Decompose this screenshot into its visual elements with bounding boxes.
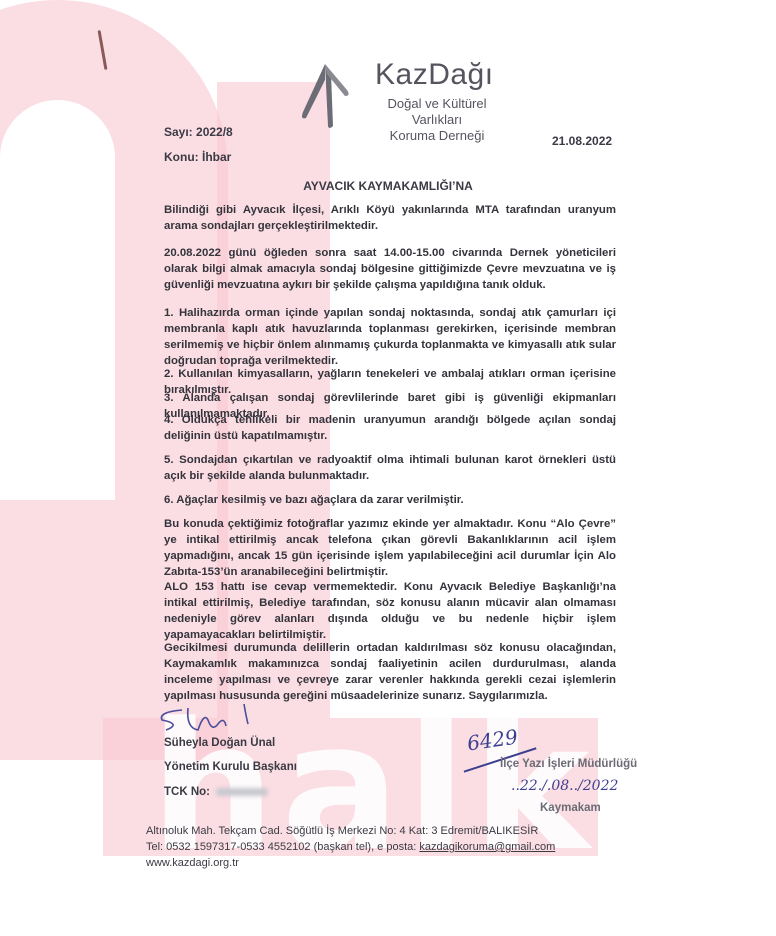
kazdagi-logo-icon <box>295 60 355 130</box>
stamp-authority: Kaymakam <box>540 802 601 814</box>
signatory-name: Süheyla Doğan Ünal <box>164 737 275 749</box>
redacted-id <box>216 788 268 796</box>
subtitle-line-1: Doğal ve Kültürel Varlıkları <box>362 96 512 128</box>
recipient-heading: AYVACIK KAYMAKAMLIĞI’NA <box>0 179 776 193</box>
finding-1: 1. Halihazırda orman içinde yapılan sond… <box>164 305 616 369</box>
signatory-id: TCK No: <box>164 786 268 798</box>
finding-5: 5. Sondajdan çıkartılan ve radyoaktif ol… <box>164 452 616 484</box>
signatory-title: Yönetim Kurulu Başkanı <box>164 761 297 773</box>
paragraph-request: Gecikilmesi durumunda delillerin ortadan… <box>164 640 616 704</box>
paragraph-visit: 20.08.2022 günü öğleden sonra saat 14.00… <box>164 245 616 293</box>
paragraph-alo-cevre: Bu konuda çektiğimiz fotoğraflar yazımız… <box>164 516 616 580</box>
email-link[interactable]: kazdagikoruma@gmail.com <box>419 841 555 853</box>
footer-contact: Tel: 0532 1597317-0533 4552102 (başkan t… <box>146 840 555 854</box>
finding-6: 6. Ağaçlar kesilmiş ve bazı ağaçlara da … <box>164 492 616 508</box>
organization-subtitle: Doğal ve Kültürel Varlıkları Koruma Dern… <box>362 96 512 144</box>
footer-phone: Tel: 0532 1597317-0533 4552102 (başkan t… <box>146 841 419 853</box>
stamp-office: İlçe Yazı İşleri Müdürlüğü <box>500 758 637 770</box>
website-link[interactable]: www.kazdagi.org.tr <box>146 856 239 870</box>
document-number: Sayı: 2022/8 <box>164 125 233 139</box>
id-label: TCK No: <box>164 786 210 798</box>
document-date: 21.08.2022 <box>552 134 612 148</box>
paragraph-intro: Bilindiği gibi Ayvacık İlçesi, Arıklı Kö… <box>164 202 616 234</box>
handwritten-number: 6429 <box>466 725 520 756</box>
finding-4: 4. Oldukça tehlikeli bir madenin uranyum… <box>164 412 616 444</box>
letter-document: KazDağı Doğal ve Kültürel Varlıkları Kor… <box>0 0 776 936</box>
document-subject: Konu: İhbar <box>164 150 231 164</box>
footer-address: Altınoluk Mah. Tekçam Cad. Söğütlü İş Me… <box>146 824 538 838</box>
signature-icon <box>152 702 262 742</box>
subtitle-line-2: Koruma Derneği <box>362 128 512 144</box>
stamp-date: ..22./.08../2022 <box>511 778 618 794</box>
paragraph-alo-153: ALO 153 hattı ise cevap vermemektedir. K… <box>164 579 616 643</box>
pen-mark <box>98 30 108 70</box>
organization-name: KazDağı <box>375 58 494 92</box>
